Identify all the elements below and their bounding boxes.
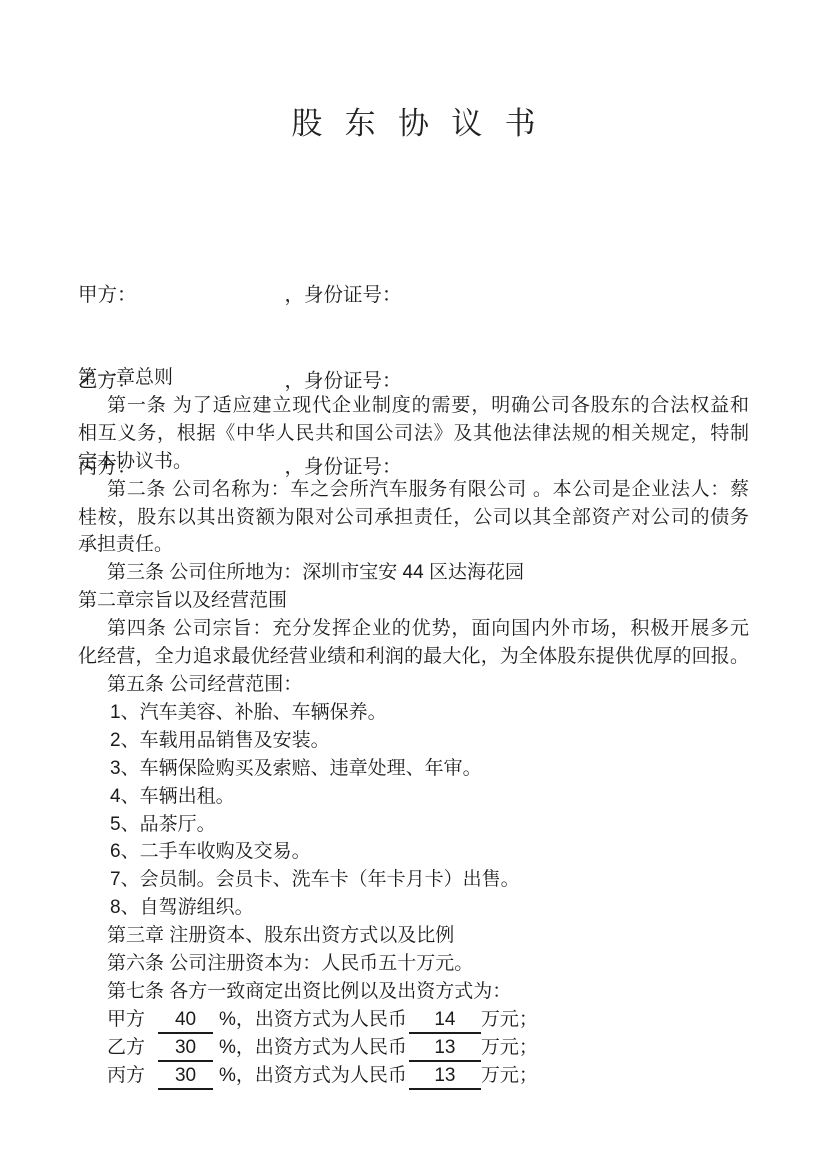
document-line: 第三条 公司住所地为：深圳市宝安 44 区达海花园 [78,559,749,587]
amount-blank: 13 [409,1064,481,1090]
amount-blank: 13 [409,1036,481,1062]
scope-list-item: 1、汽车美容、补胎、车辆保养。 [78,699,749,727]
document-line: 承担责任。 [78,531,749,559]
investment-row-a: 甲方40%，出资方式为人民币14万元； [78,1006,749,1034]
percent-blank: 40 [158,1008,213,1034]
scope-list-item: 7、会员制。会员卡、洗车卡（年卡月卡）出售。 [78,866,749,894]
investment-party-label: 甲方 [107,1009,145,1030]
document-line: 第二条 公司名称为：车之会所汽车服务有限公司 。本公司是企业法人：蔡 [78,476,749,504]
investment-mid-text: %，出资方式为人民币 [219,1009,407,1030]
investment-mid-text: %，出资方式为人民币 [219,1065,407,1086]
document-line: 第四条 公司宗旨：充分发挥企业的优势，面向国内外市场，积极开展多元 [78,615,749,643]
investment-mid-text: %，出资方式为人民币 [219,1037,407,1058]
percent-blank: 30 [158,1064,213,1090]
scope-list-item: 3、车辆保险购买及索赔、违章处理、年审。 [78,755,749,783]
investment-party-label: 丙方 [107,1065,145,1086]
scope-list-item: 5、品茶厅。 [78,811,749,839]
scope-list-item: 6、二手车收购及交易。 [78,838,749,866]
party-line-a: 甲方：，身份证号： [78,281,402,310]
document-line: 桂桉，股东以其出资额为限对公司承担责任，公司以其全部资产对公司的债务 [78,504,749,532]
document-title-text: 股东协议书 [291,106,558,141]
investment-row-b: 乙方30%，出资方式为人民币13万元； [78,1034,749,1062]
scope-list-item: 2、车载用品销售及安装。 [78,727,749,755]
investment-tail-text: 万元； [481,1037,538,1058]
investment-party-label: 乙方 [107,1037,145,1058]
document-line: 第五条 公司经营范围： [78,671,749,699]
chapter-3-heading: 第三章 注册资本、股东出资方式以及比例 [78,922,749,950]
party-id-label: ，身份证号： [285,284,402,306]
investment-tail-text: 万元； [481,1065,538,1086]
investment-row-c: 丙方30%，出资方式为人民币13万元； [78,1062,749,1090]
document-line: 第一条 为了适应建立现代企业制度的需要，明确公司各股东的合法权益和 [78,392,749,420]
percent-blank: 30 [158,1036,213,1062]
document-line: 第七条 各方一致商定出资比例以及出资方式为： [78,978,749,1006]
scope-list-item: 4、车辆出租。 [78,783,749,811]
scope-list-item: 8、自驾游组织。 [78,894,749,922]
document-title: 股东协议书 [0,98,827,143]
document-line: 化经营，全力追求最优经营业绩和利润的最大化，为全体股东提供优厚的回报。 [78,643,749,671]
chapter-1-heading: 第一章总则 [78,364,749,392]
investment-tail-text: 万元； [481,1009,538,1030]
chapter-2-heading: 第二章宗旨以及经营范围 [78,587,749,615]
document-body: 第一章总则 第一条 为了适应建立现代企业制度的需要，明确公司各股东的合法权益和 … [78,364,749,1090]
document-line: 定本协议书。 [78,448,749,476]
party-label: 甲方： [78,284,137,306]
document-line: 第六条 公司注册资本为：人民币五十万元。 [78,950,749,978]
document-line: 相互义务，根据《中华人民共和国公司法》及其他法律法规的相关规定，特制 [78,420,749,448]
amount-blank: 14 [409,1008,481,1034]
document-page: 股东协议书 甲方：，身份证号： 乙方：，身份证号： 丙方：，身份证号： 第一章总… [0,0,827,1169]
